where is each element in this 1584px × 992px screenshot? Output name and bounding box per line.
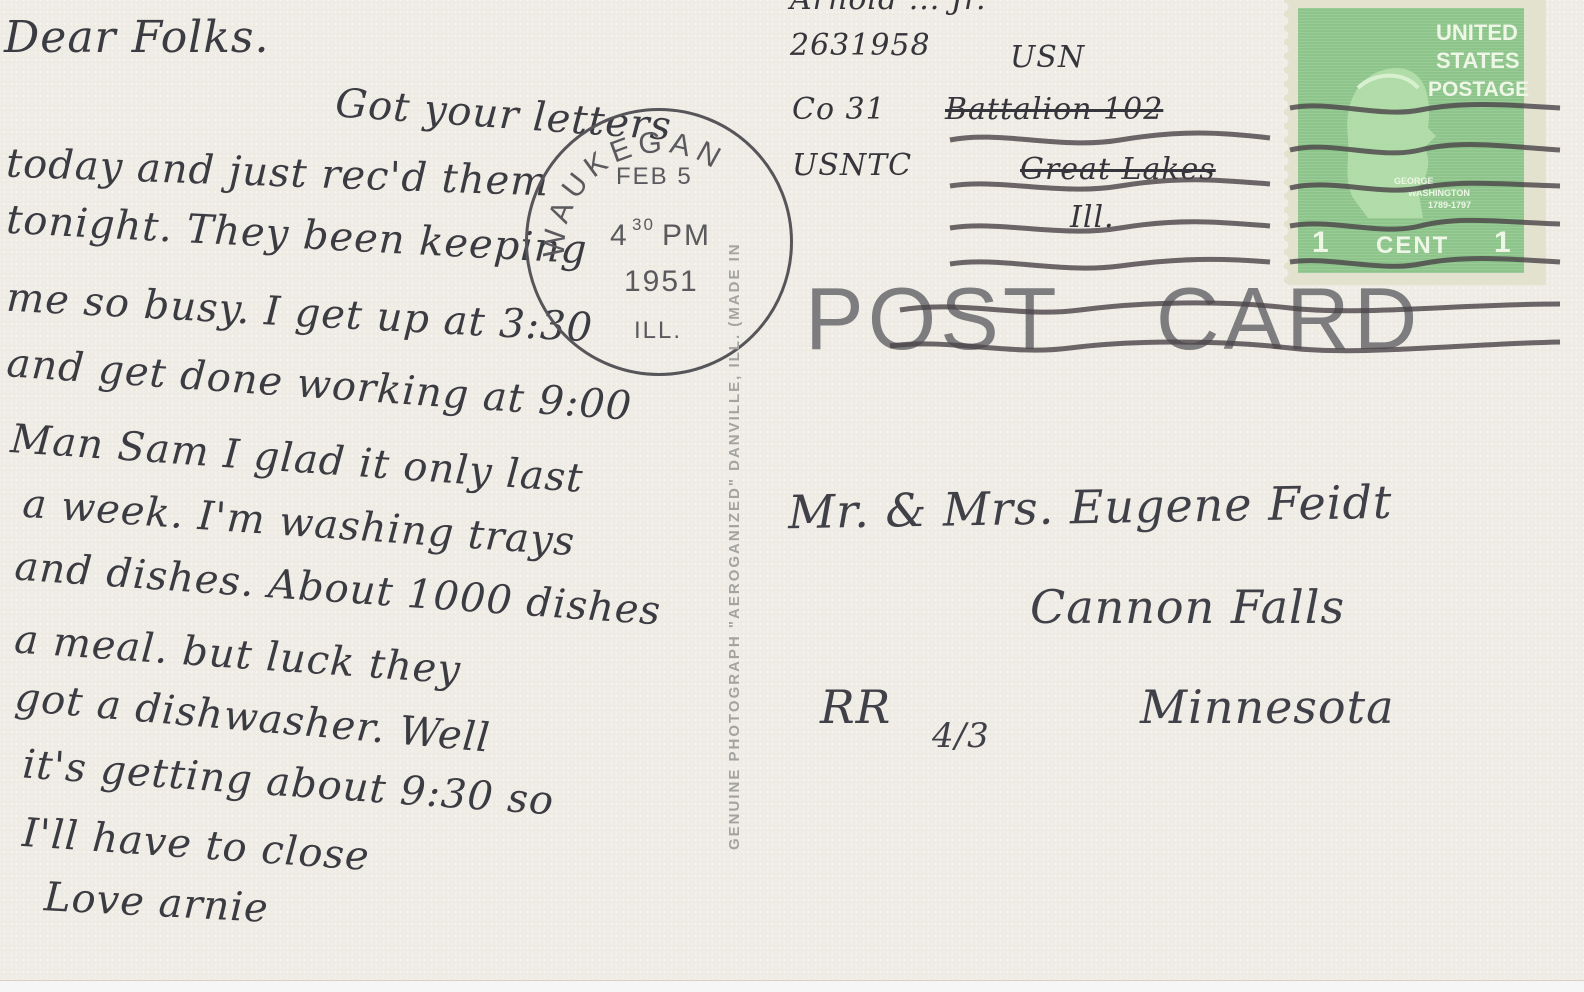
- recipient-route-number: 4/3: [932, 716, 990, 756]
- stamp-country-1: UNITED: [1436, 20, 1518, 46]
- branch: USN: [1010, 40, 1085, 75]
- postmark-year: 1951: [624, 265, 699, 299]
- location: Great Lakes: [1020, 152, 1216, 187]
- state: Ill.: [1070, 200, 1115, 235]
- stamp-denomination-left: 1: [1312, 226, 1329, 260]
- scan-edge: [0, 980, 1584, 992]
- message-line: today and just rec'd them: [5, 141, 550, 206]
- battalion: Battalion 102: [945, 92, 1163, 127]
- signature: Love arnie: [43, 874, 270, 932]
- station: USNTC: [792, 148, 912, 183]
- publisher-imprint: GENUINE PHOTOGRAPH "AEROGANIZED" DANVILL…: [726, 250, 743, 850]
- recipient-route: RR: [820, 680, 891, 734]
- stamp-face: UNITED STATES POSTAGE GEORGE WASHINGTON …: [1298, 8, 1524, 273]
- stamp-years: 1789-1797: [1428, 200, 1471, 210]
- company: Co 31: [792, 92, 886, 127]
- recipient-city: Cannon Falls: [1030, 580, 1345, 634]
- stamp-perforation: [1284, 0, 1298, 285]
- service-number: 2631958: [790, 28, 931, 63]
- stamp-denomination-right: 1: [1494, 226, 1511, 260]
- postmark-time-minutes: 30: [632, 215, 655, 235]
- postmark-time-ampm: PM: [662, 219, 711, 253]
- message-line: I'll have to close: [21, 810, 371, 880]
- message-line: tonight. They been keeping: [5, 197, 588, 273]
- message-line: Dear Folks.: [4, 12, 269, 63]
- postage-stamp: UNITED STATES POSTAGE GEORGE WASHINGTON …: [1284, 0, 1546, 285]
- stamp-country-2: STATES: [1436, 48, 1520, 74]
- postmark: WAUKEGAN FEB 5 4 30 PM 1951 ILL.: [525, 108, 793, 376]
- post-word: POST: [805, 269, 1059, 368]
- postmark-state: ILL.: [634, 317, 682, 345]
- postmark-time-hour: 4: [610, 219, 629, 253]
- stamp-name-2: WASHINGTON: [1408, 188, 1470, 198]
- message-line: me so busy. I get up at 3:30: [5, 275, 594, 352]
- postmark-date: FEB 5: [616, 163, 693, 191]
- stamp-name-1: GEORGE: [1394, 176, 1434, 186]
- recipient-state: Minnesota: [1140, 680, 1395, 734]
- return-name: Arnold ... Jr.: [790, 0, 986, 17]
- recipient-name: Mr. & Mrs. Eugene Feidt: [788, 475, 1393, 540]
- postcard-back: Dear Folks. Got your letters today and j…: [0, 0, 1584, 980]
- stamp-denomination-word: CENT: [1376, 232, 1449, 260]
- stamp-country-3: POSTAGE: [1428, 78, 1529, 102]
